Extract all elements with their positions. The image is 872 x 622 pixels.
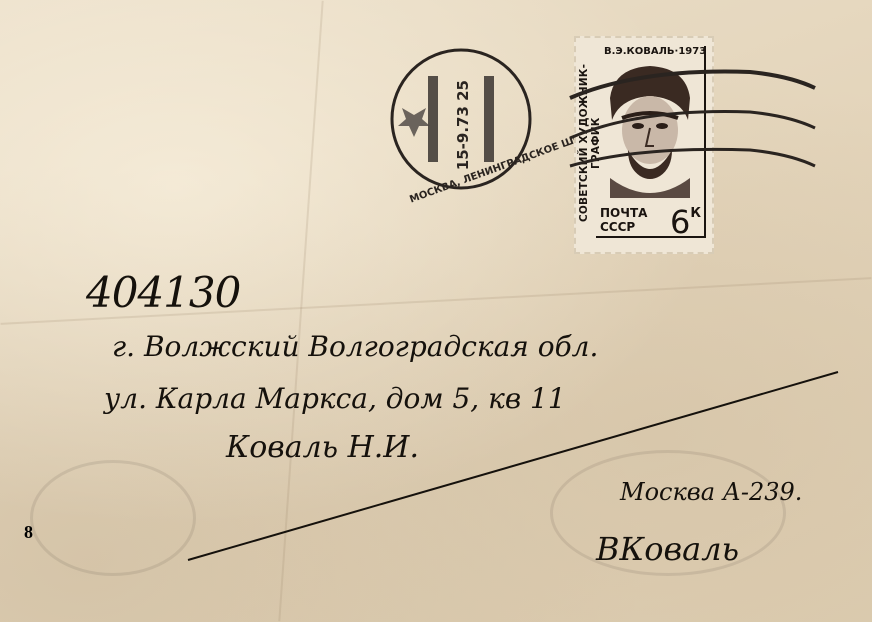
sender-city: Москва А-239.: [620, 478, 802, 506]
diagonal-divider-line: [0, 0, 872, 622]
sender-signature: ВКоваль: [596, 530, 739, 568]
page-number: 8: [24, 522, 33, 543]
envelope: 15-9.73 25 МОСКВА, ЛЕНИНГРАДСКОЕ ШОССЕ С…: [0, 0, 872, 622]
